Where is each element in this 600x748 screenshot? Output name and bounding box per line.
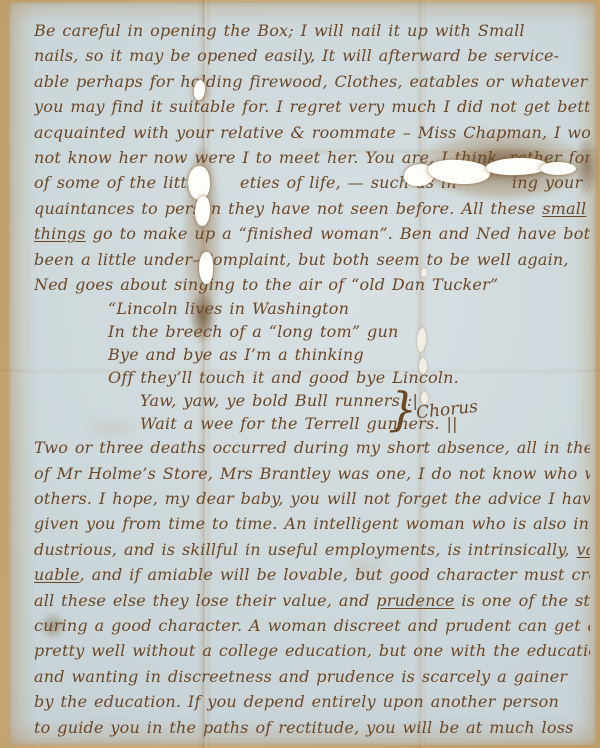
letter-text: Be careful in opening the Box; I will na… xyxy=(34,21,525,40)
letter-line: able perhaps for holding firewood, Cloth… xyxy=(34,69,590,94)
letter-line: acquainted with your relative & roommate… xyxy=(34,120,590,145)
letter-line: by the education. If you depend entirely… xyxy=(34,689,590,714)
letter-line: curing a good character. A woman discree… xyxy=(34,613,590,638)
letter-line: uable, and if amiable will be lovable, b… xyxy=(34,562,590,587)
letter-text: things xyxy=(34,224,86,243)
letter-line: “Lincoln lives in Washington xyxy=(34,297,590,320)
letter-line: all these else they lose their value, an… xyxy=(34,588,590,613)
letter-text: dustrious, and is skillful in useful emp… xyxy=(34,540,576,559)
letter-lines: Be careful in opening the Box; I will na… xyxy=(34,18,590,740)
letter-line: Off they’ll touch it and good bye Lincol… xyxy=(34,366,590,389)
letter-line: nails, so it may be opened easily, It wi… xyxy=(34,43,590,68)
letter-text: all these else they lose their value, an… xyxy=(34,591,376,610)
letter-text: you may find it suitable for. I regret v… xyxy=(34,97,590,116)
letter-text: acquainted with your relative & roommate… xyxy=(34,123,590,142)
letter-text: not know her now were I to meet her. You… xyxy=(34,148,590,167)
letter-text: and wanting in discreetness and prudence… xyxy=(34,667,567,686)
letter-text: given you from time to time. An intellig… xyxy=(34,514,590,533)
letter-line: Wait a wee for the Terrell gunners. || xyxy=(34,412,590,435)
letter-line: of some of the littleeties of life, — su… xyxy=(34,170,590,195)
letter-text: Wait a wee for the Terrell gunners. || xyxy=(140,414,458,433)
letter-text: been a little under–Complaint, but both … xyxy=(34,250,569,269)
letter-line: others. I hope, my dear baby, you will n… xyxy=(34,486,590,511)
letter-text: ing your ac- xyxy=(512,173,590,192)
letter-line: dustrious, and is skillful in useful emp… xyxy=(34,537,590,562)
letter-text: , and if amiable will be lovable, but go… xyxy=(80,565,590,584)
letter-text: val- xyxy=(576,540,590,559)
letter-line: Bye and bye as I’m a thinking xyxy=(34,343,590,366)
letter-text: is one of the steps in se- xyxy=(455,591,590,610)
letter-text: of some of the little xyxy=(34,173,202,192)
letter-text: others. I hope, my dear baby, you will n… xyxy=(34,489,590,508)
letter-line: Yaw, yaw, ye bold Bull runners :| xyxy=(34,389,590,412)
letter-text: Yaw, yaw, ye bold Bull runners :| xyxy=(140,391,418,410)
letter-line: Be careful in opening the Box; I will na… xyxy=(34,18,590,43)
letter-text: small xyxy=(542,199,586,218)
letter-line: Ned goes about singing to the air of “ol… xyxy=(34,272,590,297)
letter-text: by the education. If you depend entirely… xyxy=(34,692,559,711)
letter-text: eties of life, — such as in xyxy=(240,173,457,192)
letter-text: able perhaps for holding firewood, Cloth… xyxy=(34,72,588,91)
letter-text: go to make up a “finished woman”. Ben an… xyxy=(86,224,590,243)
letter-line: Two or three deaths occurred during my s… xyxy=(34,435,590,460)
letter-line: pretty well without a college education,… xyxy=(34,638,590,663)
letter-text: uable xyxy=(34,565,80,584)
letter-line: things go to make up a “finished woman”.… xyxy=(34,221,590,246)
letter-text: Bye and bye as I’m a thinking xyxy=(108,345,364,364)
letter-text: In the breech of a “long tom” gun xyxy=(108,322,398,341)
letter-text: “Lincoln lives in Washington xyxy=(108,299,349,318)
letter-text: Two or three deaths occurred during my s… xyxy=(34,438,590,457)
letter-line: not know her now were I to meet her. You… xyxy=(34,145,590,170)
letter-text: of Mr Holme’s Store, Mrs Brantley was on… xyxy=(34,464,590,483)
letter-text: Off they’ll touch it and good bye Lincol… xyxy=(108,368,459,387)
letter-text: to guide you in the paths of rectitude, … xyxy=(34,718,574,737)
letter-line: to guide you in the paths of rectitude, … xyxy=(34,715,590,740)
letter-text: nails, so it may be opened easily, It wi… xyxy=(34,46,559,65)
letter-text: prudence xyxy=(376,591,454,610)
letter-line: you may find it suitable for. I regret v… xyxy=(34,94,590,119)
letter-text: Ned goes about singing to the air of “ol… xyxy=(34,275,498,294)
letter-line: given you from time to time. An intellig… xyxy=(34,511,590,536)
letter-text: quaintances to person they have not seen… xyxy=(34,199,542,218)
letter-text: pretty well without a college education,… xyxy=(34,641,590,660)
letter-text: curing a good character. A woman discree… xyxy=(34,616,590,635)
scanned-letter-page: Be careful in opening the Box; I will na… xyxy=(0,0,600,748)
letter-line: In the breech of a “long tom” gun xyxy=(34,320,590,343)
letter-line: been a little under–Complaint, but both … xyxy=(34,247,590,272)
letter-line: and wanting in discreetness and prudence… xyxy=(34,664,590,689)
letter-line: quaintances to person they have not seen… xyxy=(34,196,590,221)
letter-line: of Mr Holme’s Store, Mrs Brantley was on… xyxy=(34,461,590,486)
